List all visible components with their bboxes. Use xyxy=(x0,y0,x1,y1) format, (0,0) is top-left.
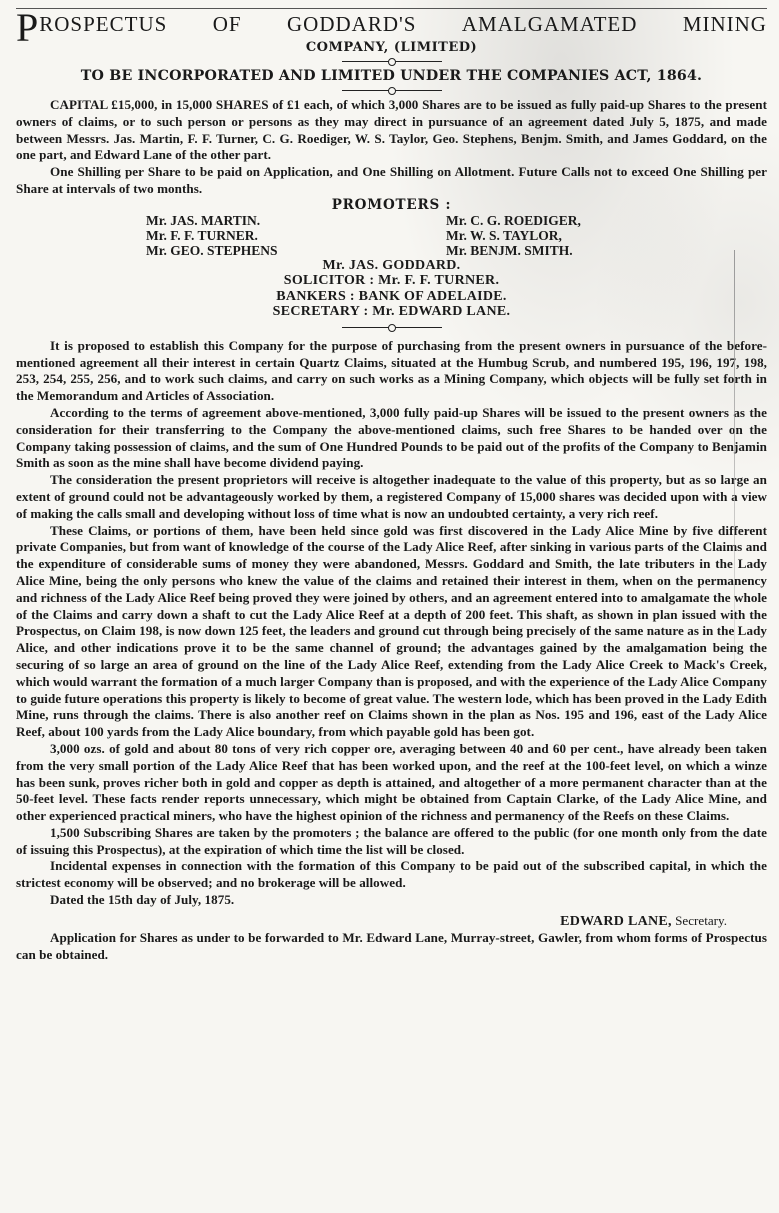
ornament-divider xyxy=(342,327,442,328)
title-word: ROSPECTUS xyxy=(39,13,167,35)
bankers-line: BANKERS : BANK OF ADELAIDE. xyxy=(16,289,767,305)
ornament-divider xyxy=(342,61,442,62)
promoter-name: Mr. JAS. MARTIN. xyxy=(146,213,446,228)
title-word: AMALGAMATED xyxy=(462,13,638,35)
column-rule xyxy=(734,250,735,670)
title-word: OF xyxy=(213,13,242,35)
dated-line: Dated the 15th day of July, 1875. xyxy=(16,892,767,909)
solicitor-line: SOLICITOR : Mr. F. F. TURNER. xyxy=(16,273,767,289)
ornament-divider xyxy=(342,90,442,91)
prospectus-title: P ROSPECTUS OF GODDARD'S AMALGAMATED MIN… xyxy=(16,13,767,43)
body-paragraph: 3,000 ozs. of gold and about 80 tons of … xyxy=(16,741,767,825)
promoter-name: Mr. C. G. ROEDIGER, xyxy=(446,213,746,228)
title-subline: COMPANY, (LIMITED) xyxy=(16,41,767,55)
secretary-line: SECRETARY : Mr. EDWARD LANE. xyxy=(16,304,767,320)
signature: EDWARD LANE, Secretary. xyxy=(16,913,767,930)
body-paragraph: It is proposed to establish this Company… xyxy=(16,338,767,405)
body-paragraph: Incidental expenses in connection with t… xyxy=(16,858,767,892)
top-rule xyxy=(16,8,767,9)
promoter-name: Mr. F. F. TURNER. xyxy=(146,228,446,243)
newspaper-clipping: P ROSPECTUS OF GODDARD'S AMALGAMATED MIN… xyxy=(0,0,779,1213)
promoter-name: Mr. W. S. TAYLOR, xyxy=(446,228,746,243)
title-word: GODDARD'S xyxy=(287,13,416,35)
title-word: MINING xyxy=(683,13,767,35)
shilling-paragraph: One Shilling per Share to be paid on App… xyxy=(16,164,767,198)
title-word-prospectus: P ROSPECTUS xyxy=(16,13,167,43)
body-paragraph: The consideration the present proprietor… xyxy=(16,472,767,522)
incorporation-line: TO BE INCORPORATED AND LIMITED UNDER THE… xyxy=(16,68,767,84)
body-paragraph: These Claims, or portions of them, have … xyxy=(16,523,767,741)
capital-paragraph: CAPITAL £15,000, in 15,000 SHARES of £1 … xyxy=(16,97,767,164)
promoter-name: Mr. GEO. STEPHENS xyxy=(146,243,446,258)
body-paragraph: According to the terms of agreement abov… xyxy=(16,405,767,472)
promoter-name: Mr. BENJM. SMITH. xyxy=(446,243,746,258)
application-paragraph: Application for Shares as under to be fo… xyxy=(16,930,767,964)
signature-name: EDWARD LANE, xyxy=(560,914,672,929)
promoter-name-last: Mr. JAS. GODDARD. xyxy=(16,258,767,274)
signature-role: Secretary. xyxy=(675,913,727,928)
promoters-heading: PROMOTERS : xyxy=(16,198,767,213)
title-dropcap: P xyxy=(16,13,39,43)
body-paragraph: 1,500 Subscribing Shares are taken by th… xyxy=(16,825,767,859)
promoters-list: Mr. JAS. MARTIN. Mr. C. G. ROEDIGER, Mr.… xyxy=(146,213,767,258)
